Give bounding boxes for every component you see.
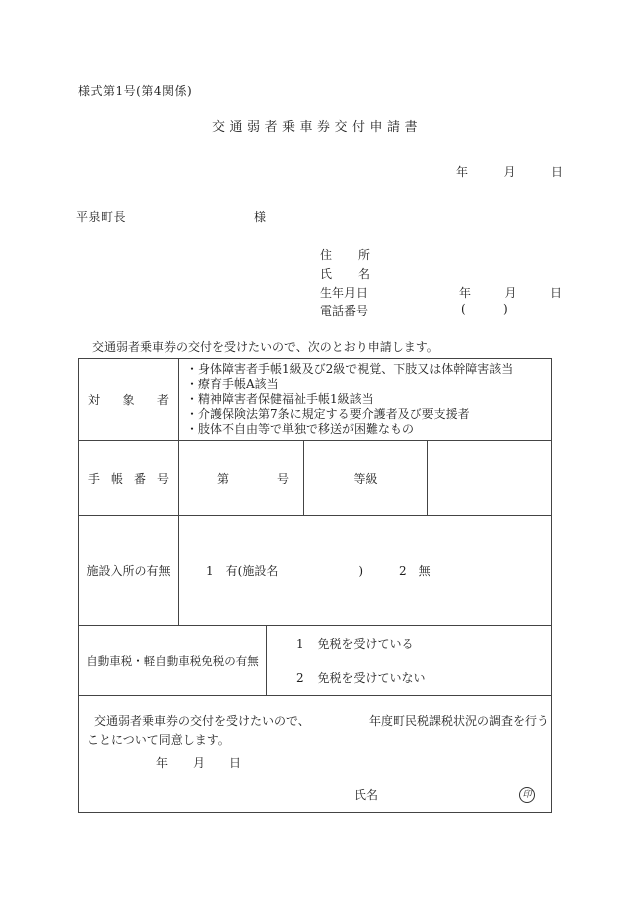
phone-label: 電話番号: [320, 302, 368, 319]
eligibility-label-char3: 者: [157, 391, 169, 408]
name-label: 氏 名: [320, 265, 370, 282]
eligibility-row: 対 象 者 ・身体障害者手帳1級及び2級で視覚、下肢又は体幹障害該当 ・療育手帳…: [79, 359, 551, 441]
application-table: 対 象 者 ・身体障害者手帳1級及び2級で視覚、下肢又は体幹障害該当 ・療育手帳…: [78, 358, 552, 813]
addressee-honorific: 様: [254, 208, 266, 225]
birth-year-label: 年: [459, 284, 471, 301]
name-label-char2: 名: [358, 265, 370, 282]
consent-line1-left: 交通弱者乗車券の交付を受けたいので、: [94, 712, 310, 729]
vehicle-tax-option1-number: 1: [296, 637, 304, 651]
facility-option2-text: 無: [419, 562, 431, 579]
application-form-page: 様式第1号(第4関係) 交通弱者乗車券交付申請書 年 月 日 平泉町長 様 住 …: [0, 0, 630, 903]
consent-date-month-label: 月: [193, 754, 205, 771]
vehicle-tax-label: 自動車税・軽自動車税免税の有無: [79, 626, 267, 695]
handbook-number-row: 手 帳 番 号 第 号 等級: [79, 441, 551, 516]
phone-paren-close: ): [503, 302, 508, 316]
name-label-char1: 氏: [320, 265, 332, 282]
vehicle-tax-option1-text: 免税を受けている: [317, 637, 413, 651]
application-date-line: 年 月 日: [456, 163, 563, 180]
facility-row: 施設入所の有無 1 有(施設名 ) 2 無: [79, 516, 551, 626]
facility-paren-close: ): [358, 564, 363, 578]
handbook-number-prefix: 第: [217, 470, 229, 487]
intro-statement: 交通弱者乗車券の交付を受けたいので、次のとおり申請します。: [92, 338, 439, 355]
application-date-day-label: 日: [551, 163, 563, 180]
facility-option1-text: 有(施設名: [226, 562, 279, 579]
birth-day-label: 日: [550, 284, 562, 301]
address-label-char1: 住: [320, 246, 332, 263]
grade-label: 等級: [353, 470, 377, 487]
facility-options: 1 有(施設名 ) 2 無: [179, 516, 551, 625]
application-date-month-label: 月: [503, 163, 515, 180]
eligibility-label-char1: 対: [88, 391, 100, 408]
eligibility-item: ・身体障害者手帳1級及び2級で視覚、下肢又は体幹障害該当: [186, 362, 545, 377]
facility-option1-number: 1: [206, 564, 214, 578]
birth-month-label: 月: [504, 284, 516, 301]
consent-line1-right: 年度町民税課税状況の調査を行う: [369, 712, 549, 729]
consent-date-year-label: 年: [156, 754, 168, 771]
eligibility-label: 対 象 者: [79, 359, 179, 440]
eligibility-item: ・介護保険法第7条に規定する要介護者及び要支援者: [186, 407, 545, 422]
eligibility-item: ・療育手帳A該当: [186, 377, 545, 392]
consent-line2: ことについて同意します。: [87, 731, 230, 748]
signature-name-label: 氏名: [354, 786, 378, 803]
grade-blank-field: [428, 441, 551, 515]
birthdate-label: 生年月日: [320, 284, 368, 301]
handbook-label-char2: 帳: [111, 470, 123, 487]
eligibility-label-char2: 象: [122, 391, 134, 408]
eligibility-item: ・精神障害者保健福祉手帳1級該当: [186, 392, 545, 407]
vehicle-tax-options: 1 免税を受けている 2 免税を受けていない: [267, 626, 551, 695]
consent-date-day-label: 日: [229, 754, 241, 771]
grade-label-cell: 等級: [304, 441, 428, 515]
handbook-label-char3: 番: [134, 470, 146, 487]
form-number: 様式第1号(第4関係): [78, 82, 192, 99]
seal-mark: 印: [519, 787, 535, 803]
handbook-number-label: 手 帳 番 号: [79, 441, 179, 515]
eligibility-item: ・肢体不自由等で単独で移送が困難なもの: [186, 422, 545, 437]
address-label-char2: 所: [358, 246, 370, 263]
handbook-label-char1: 手: [88, 470, 100, 487]
handbook-label-char4: 号: [157, 470, 169, 487]
handbook-number-suffix: 号: [277, 470, 289, 487]
birthdate-line: 年 月 日: [459, 284, 562, 301]
facility-label: 施設入所の有無: [79, 516, 179, 625]
vehicle-tax-option1: 1 免税を受けている: [296, 635, 551, 652]
vehicle-tax-option2-number: 2: [296, 671, 304, 685]
vehicle-tax-row: 自動車税・軽自動車税免税の有無 1 免税を受けている 2 免税を受けていない: [79, 626, 551, 696]
consent-section: 交通弱者乗車券の交付を受けたいので、 年度町民税課税状況の調査を行う ことについ…: [79, 696, 551, 814]
addressee-name: 平泉町長: [76, 208, 126, 225]
address-label: 住 所: [320, 246, 370, 263]
seal-character: 印: [522, 791, 531, 800]
vehicle-tax-option2: 2 免税を受けていない: [296, 669, 551, 686]
application-date-year-label: 年: [456, 163, 468, 180]
handbook-number-field: 第 号: [179, 441, 304, 515]
phone-paren-open: (: [461, 302, 466, 316]
facility-option2-number: 2: [399, 564, 407, 578]
page-title: 交通弱者乗車券交付申請書: [0, 116, 630, 135]
vehicle-tax-option2-text: 免税を受けていない: [317, 671, 425, 685]
eligibility-list: ・身体障害者手帳1級及び2級で視覚、下肢又は体幹障害該当 ・療育手帳A該当 ・精…: [179, 359, 551, 440]
